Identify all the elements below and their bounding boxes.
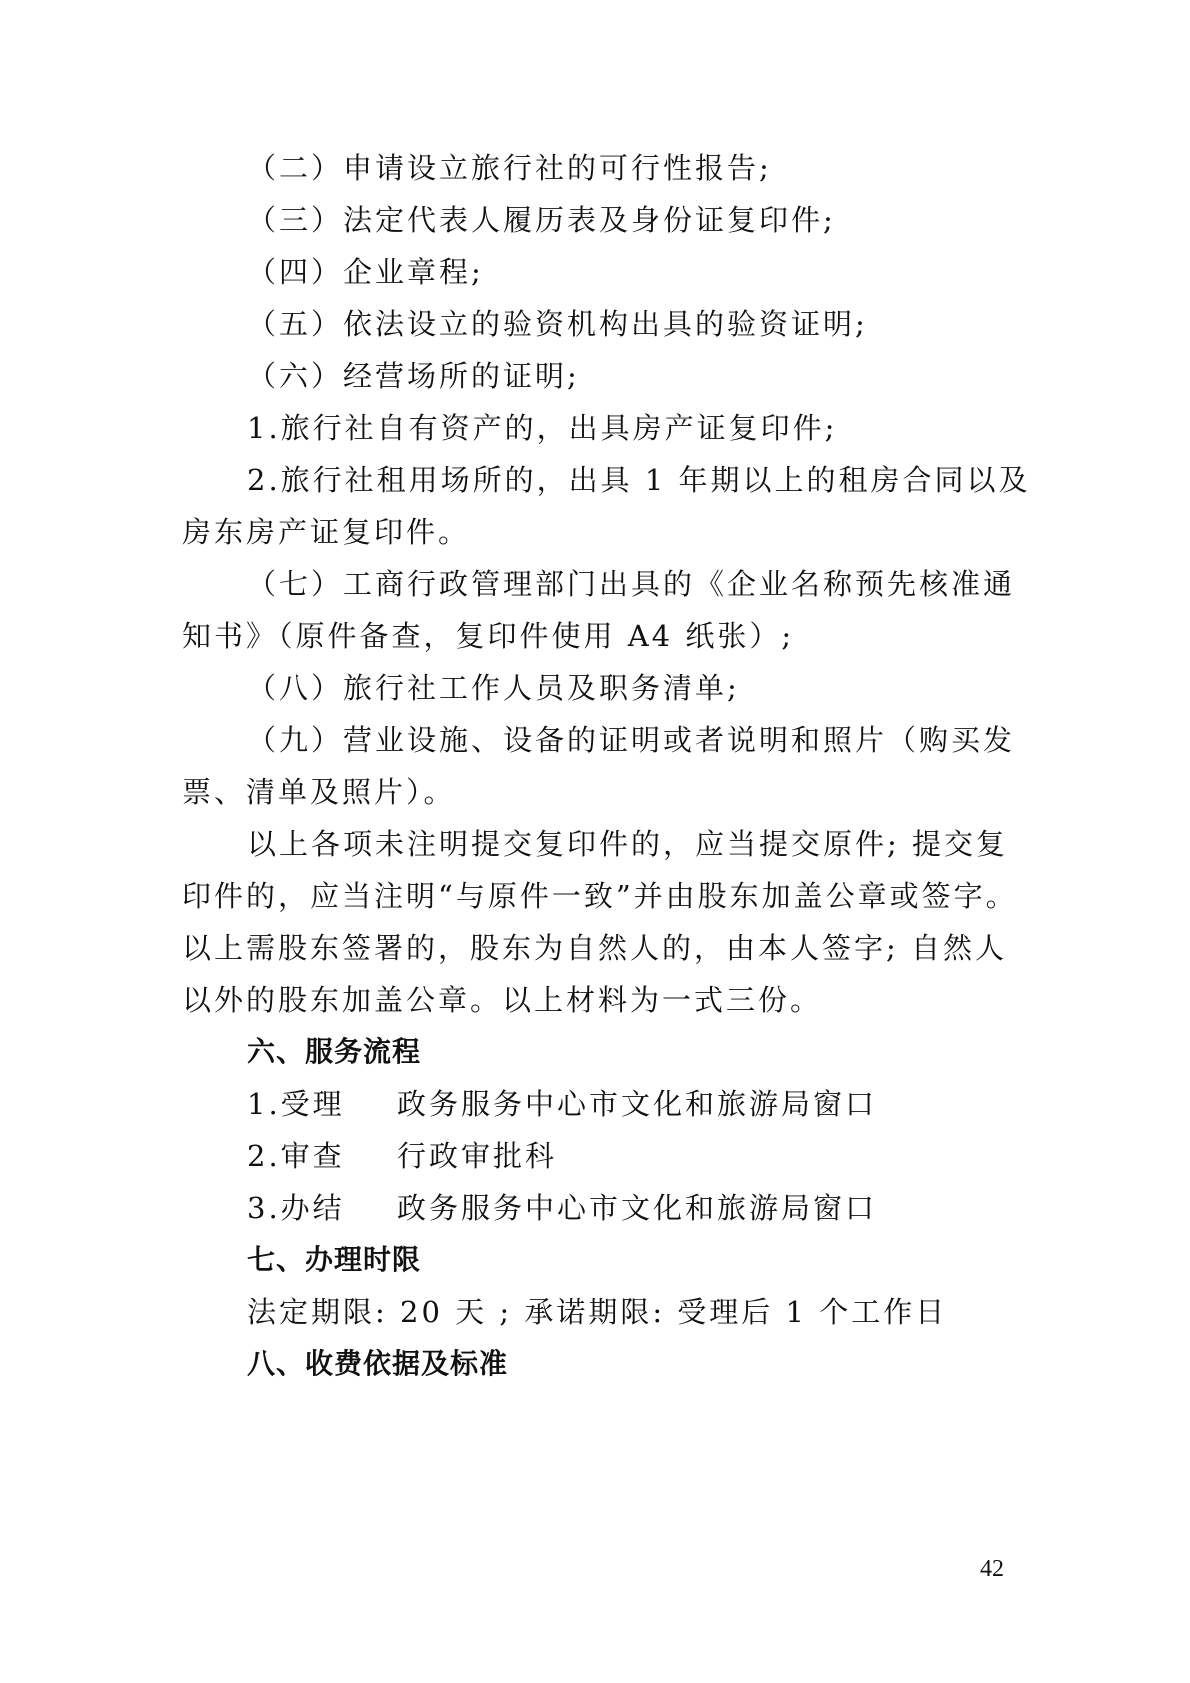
flow-step-row: 3.办结政务服务中心市文化和旅游局窗口 bbox=[247, 1182, 1012, 1234]
material-item-7-cont: 知书》（原件备查，复印件使用 A4 纸张）; bbox=[182, 610, 1012, 662]
material-item-4: （四）企业章程; bbox=[247, 246, 1012, 298]
flow-step-row: 2.审查行政审批科 bbox=[247, 1130, 1012, 1182]
material-item-7: （七）工商行政管理部门出具的《企业名称预先核准通 bbox=[247, 558, 1012, 610]
section-heading-time-limit: 七、办理时限 bbox=[247, 1234, 1012, 1286]
flow-step-department: 行政审批科 bbox=[397, 1130, 557, 1182]
notes-line-4: 以外的股东加盖公章。以上材料为一式三份。 bbox=[182, 974, 1012, 1026]
section-heading-service-flow: 六、服务流程 bbox=[247, 1026, 1012, 1078]
material-item-5: （五）依法设立的验资机构出具的验资证明; bbox=[247, 298, 1012, 350]
material-item-2: （二）申请设立旅行社的可行性报告; bbox=[247, 142, 1012, 194]
material-item-8: （八）旅行社工作人员及职务清单; bbox=[247, 662, 1012, 714]
material-item-6: （六）经营场所的证明; bbox=[247, 350, 1012, 402]
time-limit-text: 法定期限: 20 天 ; 承诺期限: 受理后 1 个工作日 bbox=[247, 1286, 1012, 1338]
notes-line-2: 印件的，应当注明“与原件一致”并由股东加盖公章或签字。 bbox=[182, 870, 1012, 922]
material-subitem-1: 1.旅行社自有资产的，出具房产证复印件; bbox=[247, 402, 1012, 454]
flow-step-label: 3.办结 bbox=[247, 1182, 397, 1234]
material-subitem-2-cont: 房东房产证复印件。 bbox=[182, 506, 1012, 558]
document-page: （二）申请设立旅行社的可行性报告; （三）法定代表人履历表及身份证复印件; （四… bbox=[0, 0, 1190, 1683]
flow-step-label: 2.审查 bbox=[247, 1130, 397, 1182]
notes-line-1: 以上各项未注明提交复印件的，应当提交原件; 提交复 bbox=[247, 818, 1012, 870]
material-item-3: （三）法定代表人履历表及身份证复印件; bbox=[247, 194, 1012, 246]
material-item-9: （九）营业设施、设备的证明或者说明和照片（购买发 bbox=[247, 714, 1012, 766]
flow-step-department: 政务服务中心市文化和旅游局窗口 bbox=[397, 1078, 877, 1130]
page-number: 42 bbox=[980, 1556, 1004, 1583]
flow-step-department: 政务服务中心市文化和旅游局窗口 bbox=[397, 1182, 877, 1234]
flow-step-row: 1.受理政务服务中心市文化和旅游局窗口 bbox=[247, 1078, 1012, 1130]
material-subitem-2: 2.旅行社租用场所的，出具 1 年期以上的租房合同以及 bbox=[247, 454, 1012, 506]
material-item-9-cont: 票、清单及照片）。 bbox=[182, 766, 1012, 818]
notes-line-3: 以上需股东签署的，股东为自然人的，由本人签字; 自然人 bbox=[182, 922, 1012, 974]
section-heading-fees: 八、收费依据及标准 bbox=[247, 1338, 1012, 1390]
flow-step-label: 1.受理 bbox=[247, 1078, 397, 1130]
